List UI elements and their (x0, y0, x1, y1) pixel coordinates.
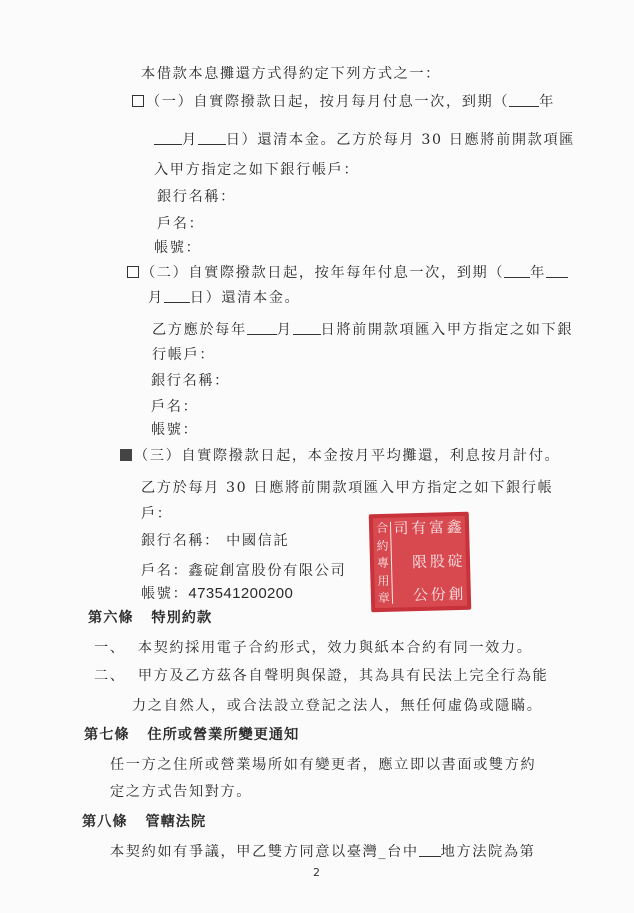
option-3: （三）自實際撥款日起，本金按月平均攤還，利息按月計付。 (120, 446, 560, 466)
option-1: （一）自實際撥款日起，按月每月付息一次，到期（年 (132, 92, 555, 112)
bank-name-row: 銀行名稱： 中國信託 (141, 531, 289, 551)
article-7-line-2: 定之方式告知對方。 (110, 782, 252, 802)
account-no-label: 帳號： (151, 420, 198, 440)
article-6-item-2-cont: 力之自然人，或合法設立登記之法人，無任何虛偽或隱瞞。 (132, 696, 542, 716)
repayment-intro: 本借款本息攤還方式得約定下列方式之一： (141, 64, 441, 84)
account-name-row: 戶名：鑫碇創富股份有限公司 (141, 561, 346, 581)
account-no-label: 帳號： (154, 238, 201, 258)
option-2-line-2: 月日）還清本金。 (148, 288, 300, 308)
seal-col-4: 司 (393, 521, 411, 603)
bank-name-label: 銀行名稱： (151, 371, 230, 391)
account-name-value: 鑫碇創富股份有限公司 (188, 563, 346, 579)
article-6-item-1: 一、 本契約採用電子合約形式，效力與紙本合約有同一效力。 (94, 638, 533, 658)
year-blank[interactable] (504, 263, 530, 278)
month-blank[interactable] (247, 320, 277, 335)
option-2-line-4: 行帳戶： (152, 345, 215, 365)
court-blank[interactable] (419, 842, 441, 857)
article-7-heading: 第七條 住所或營業所變更通知 (84, 725, 299, 745)
option-1-line-2: 月日）還清本金。乙方於每月 30 日應將前開款項匯 (154, 130, 575, 150)
article-7-line-1: 任一方之住所或營業場所如有變更者，應立即以書面或雙方約 (110, 755, 536, 775)
seal-col-5: 合約專用章 (376, 522, 393, 604)
option-2-line-3: 乙方應於每年月日將前開款項匯入甲方指定之如下銀 (152, 320, 573, 340)
seal-col-1: 鑫碇創 (446, 520, 464, 602)
month-blank[interactable] (546, 263, 568, 278)
option-2-checkbox[interactable] (127, 266, 139, 278)
page-number: 2 (313, 866, 320, 879)
article-8-line-1: 本契約如有爭議，甲乙雙方同意以臺灣_台中地方法院為第 (110, 842, 535, 862)
article-8-heading: 第八條 管轄法院 (82, 812, 206, 832)
seal-col-3: 有限公 (411, 521, 429, 603)
day-blank[interactable] (164, 288, 190, 303)
option-3-line-2: 乙方於每月 30 日應將前開款項匯入甲方指定之如下銀行帳 (141, 478, 553, 498)
day-blank[interactable] (293, 320, 321, 335)
article-6-heading: 第六條 特別約款 (88, 608, 212, 628)
option-1-checkbox[interactable] (132, 95, 144, 107)
account-no-row: 帳號：473541200200 (141, 584, 293, 604)
account-name-label: 戶名： (151, 397, 198, 417)
option-2: （二）自實際撥款日起，按年每年付息一次，到期（年 (127, 263, 568, 283)
seal-col-2: 富股份 (428, 520, 446, 602)
option-3-checkbox[interactable] (120, 449, 132, 461)
year-blank[interactable] (509, 92, 539, 107)
article-6-item-2: 二、 甲方及乙方茲各自聲明與保證，其為具有民法上完全行為能 (94, 666, 548, 686)
bank-name-label: 銀行名稱： (157, 187, 236, 207)
day-blank[interactable] (198, 130, 226, 145)
option-3-line-3: 戶： (141, 504, 173, 524)
option-1-line-3: 入甲方指定之如下銀行帳戶： (154, 160, 359, 180)
company-seal: 鑫碇創 富股份 有限公 司 合約專用章 (369, 512, 472, 613)
account-no-value: 473541200200 (188, 585, 293, 602)
account-name-label: 戶名： (157, 214, 204, 234)
month-blank[interactable] (154, 130, 182, 145)
bank-name-value: 中國信託 (226, 533, 289, 549)
